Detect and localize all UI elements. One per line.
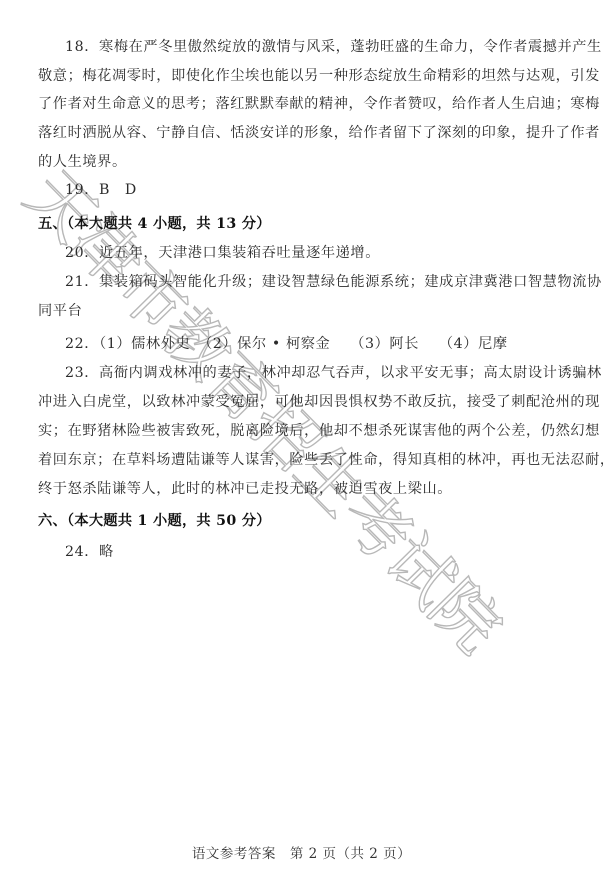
- q18-line-1: 18．寒梅在严冬里傲然绽放的激情与风采，蓬勃旺盛的生命力，令作者震撼并产生: [65, 37, 574, 57]
- document-page: 天津市教育招生考试院 18．寒梅在严冬里傲然绽放的激情与风采，蓬勃旺盛的生命力，…: [0, 0, 603, 886]
- q22-answer: 22．（1）儒林外史 （2）保尔 • 柯察金 （3）阿长 （4）尼摩: [65, 334, 574, 354]
- q21-line-2: 同平台: [38, 301, 574, 321]
- section-5-heading: 五、（本大题共 4 小题，共 13 分）: [38, 214, 271, 234]
- q23-line-5: 终于怒杀陆谦等人，此时的林冲已走投无路，被迫雪夜上梁山。: [38, 479, 574, 499]
- section-6-heading: 六、（本大题共 1 小题，共 50 分）: [38, 511, 271, 531]
- q23-line-1: 23．高衙内调戏林冲的妻子，林冲却忍气吞声，以求平安无事；高太尉设计诱骗林: [65, 363, 574, 383]
- q23-line-4: 着回东京；在草料场遭陆谦等人谋害，险些丢了性命，得知真相的林冲，再也无法忍耐，: [38, 450, 574, 470]
- q23-line-3: 实；在野猪林险些被害致死，脱离险境后，他却不想杀死谋害他的两个公差，仍然幻想: [38, 421, 574, 441]
- page-footer: 语文参考答案 第 2 页（共 2 页）: [0, 842, 603, 862]
- q19-answer: 19．B D: [65, 180, 574, 200]
- q18-line-5: 的人生境界。: [38, 152, 574, 172]
- q18-line-4: 落红时洒脱从容、宁静自信、恬淡安详的形象，给作者留下了深刻的印象，提升了作者: [38, 123, 574, 143]
- q23-line-2: 冲进入白虎堂，以致林冲蒙受冤屈，可他却因畏惧权势不敢反抗，接受了刺配沧州的现: [38, 392, 574, 412]
- q20-answer: 20．近五年，天津港口集装箱吞吐量逐年递增。: [65, 243, 574, 263]
- q18-line-2: 敬意；梅花凋零时，即使化作尘埃也能以另一种形态绽放生命精彩的坦然与达观，引发: [38, 66, 574, 86]
- q21-line-1: 21．集装箱码头智能化升级；建设智慧绿色能源系统；建成京津冀港口智慧物流协: [65, 272, 574, 292]
- q24-answer: 24．略: [65, 542, 574, 562]
- q18-line-3: 了作者对生命意义的思考；落红默默奉献的精神，令作者赞叹，给作者人生启迪；寒梅: [38, 94, 574, 114]
